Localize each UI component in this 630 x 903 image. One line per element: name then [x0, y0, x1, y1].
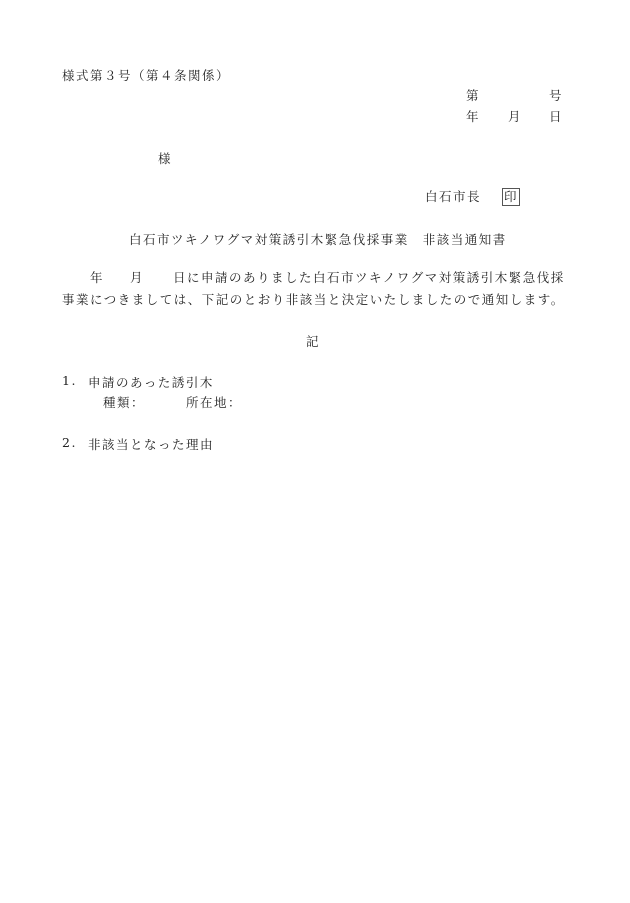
item-2-num: 2.: [62, 435, 77, 450]
ki-heading: 記: [306, 332, 320, 350]
item-1-label: 申請のあった誘引木: [88, 373, 214, 391]
issuer: 白石市長 印: [425, 187, 520, 206]
document-title: 白石市ツキノワグマ対策誘引木緊急伐採事業 非該当通知書: [129, 230, 507, 248]
type-label: 種類：: [103, 393, 145, 411]
body-line1: 日に申請のありました白石市ツキノワグマ対策誘引木緊急伐採: [173, 268, 565, 286]
ref-go: 号: [549, 86, 563, 104]
ref-dai: 第: [466, 86, 480, 104]
item-1-num: 1.: [62, 373, 77, 388]
form-label: 様式第３号（第４条関係）: [62, 66, 230, 84]
date-year: 年: [466, 107, 480, 125]
date-month: 月: [508, 107, 522, 125]
addressee-suffix: 様: [158, 149, 172, 167]
seal-mark: 印: [502, 188, 520, 206]
body-line2: 事業につきましては、下記のとおり非該当と決定いたしましたので通知します。: [62, 290, 565, 308]
location-label: 所在地：: [186, 393, 242, 411]
date-day: 日: [549, 107, 563, 125]
body-month: 月: [130, 268, 144, 286]
issuer-name: 白石市長: [425, 189, 481, 204]
item-2-label: 非該当となった理由: [88, 435, 214, 453]
body-year: 年: [90, 268, 104, 286]
